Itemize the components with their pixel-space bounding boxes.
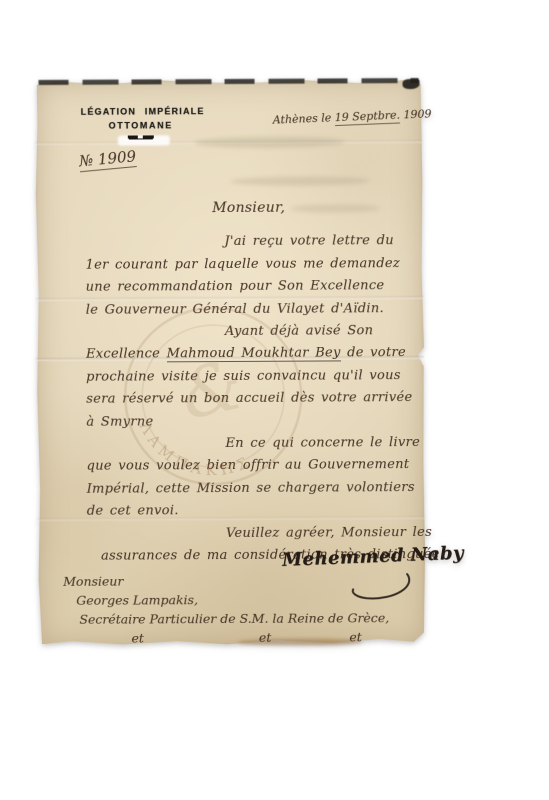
body-line: Veuillez agréer, Monsieur les <box>87 522 421 546</box>
scan-background: ΛΑΜΠΑΚΗΣ & LÉGATION IMPÉRIALE OTTOMANE №… <box>0 0 549 800</box>
recipient-role: Secrétaire Particulier de S.M. la Reine … <box>57 608 389 629</box>
letterhead-line1: LÉGATION IMPÉRIALE <box>81 106 201 117</box>
body-line: J'ai reçu votre lettre du <box>85 230 419 254</box>
top-right-dark-mark <box>403 79 420 89</box>
dateline-day-month: 19 Septbre. <box>334 108 400 126</box>
etcetera: et <box>349 627 362 646</box>
etcetera: et <box>259 628 272 647</box>
letter-paper: ΛΑΜΠΑΚΗΣ & LÉGATION IMPÉRIALE OTTOMANE №… <box>35 78 426 647</box>
letterhead: LÉGATION IMPÉRIALE OTTOMANE <box>81 106 201 139</box>
signature-flourish-icon <box>337 572 417 606</box>
stamp-monogram-icon: & <box>174 346 250 436</box>
letterhead-ornament-icon <box>128 135 154 138</box>
salutation: Monsieur, <box>85 196 419 220</box>
letterhead-line2: OTTOMANE <box>81 120 201 131</box>
document-number: № 1909 <box>78 147 137 170</box>
collection-stamp: ΛΑΜΠΑΚΗΣ & <box>108 291 319 502</box>
etcetera: et <box>131 628 144 647</box>
dateline-year: 1909 <box>400 107 432 121</box>
body-line: de cet envoi. <box>87 499 421 523</box>
etcetera-row: et et et <box>57 627 389 648</box>
body-line: 1er courant par laquelle vous me demande… <box>85 253 419 277</box>
dateline-place: Athènes le <box>273 111 336 126</box>
